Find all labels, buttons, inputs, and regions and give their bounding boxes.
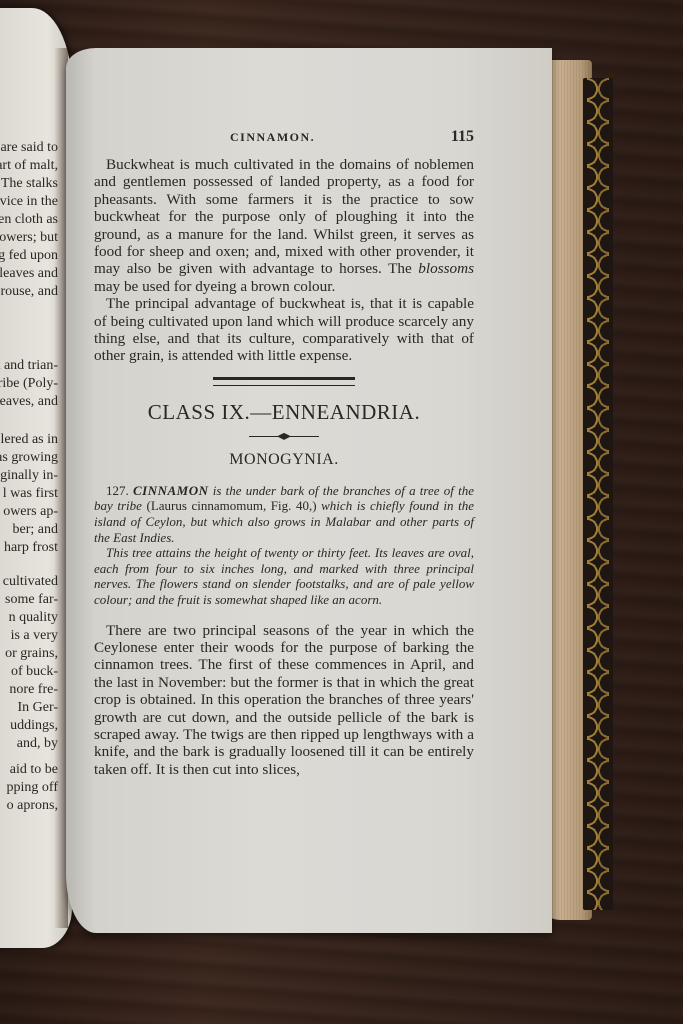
left-page-text-fragment: ervice in the — [0, 194, 58, 210]
paragraph-barking-seasons: There are two principal seasons of the y… — [94, 622, 474, 779]
left-page-text-fragment: or grains, — [5, 646, 58, 662]
left-page-text-fragment: l was first — [3, 486, 58, 502]
left-page-text-fragment: aid to be — [10, 762, 58, 778]
left-page-text-fragment: part of malt, — [0, 158, 58, 174]
left-page-text-fragment: tribe (Poly- — [0, 376, 58, 392]
left-page-text-fragment: g fed upon — [0, 248, 58, 264]
left-page-text-fragment: o aprons, — [7, 798, 58, 814]
left-page-text-fragment: are said to — [0, 140, 58, 156]
left-page-text-fragment: is a very — [11, 628, 58, 644]
left-page-text-fragment: some far- — [5, 592, 58, 608]
paragraph-text: may be used for dyeing a brown colour. — [94, 278, 335, 295]
section-rule — [213, 377, 355, 386]
class-heading: CLASS IX.—ENNEANDRIA. — [94, 400, 474, 425]
italic-term: blossoms — [418, 260, 474, 277]
left-page-text-fragment: cultivated — [3, 574, 58, 590]
entry-name: CINNAMON — [133, 483, 209, 498]
paragraph-buckwheat-uses: Buckwheat is much cultivated in the doma… — [94, 156, 474, 295]
left-page-text-fragment: harp frost — [4, 540, 58, 556]
left-page: are said topart of malt,The stalkservice… — [0, 8, 72, 948]
book-spine — [583, 78, 613, 910]
left-page-text-fragment: and, by — [17, 736, 58, 752]
left-page-text-fragment: e leaves and — [0, 266, 58, 282]
left-page-text-fragment: leaves, and — [0, 394, 58, 410]
right-page-content: CINNAMON. 115 Buckwheat is much cultivat… — [94, 128, 474, 778]
entry-number: 127. — [106, 483, 129, 498]
left-page-text-fragment: ginally in- — [0, 468, 58, 484]
left-page-text-fragment: n quality — [9, 610, 58, 626]
left-page-text-fragment: of buck- — [11, 664, 58, 680]
left-page-text-fragment: as growing — [0, 450, 58, 466]
left-page-text-fragment: en cloth as — [0, 212, 58, 228]
left-page-text-fragment: rouse, and — [0, 284, 58, 300]
left-page-text-fragment: lered as in — [0, 432, 58, 448]
page-number: 115 — [451, 128, 474, 146]
left-page-text-fragment: pping off — [7, 780, 58, 796]
gilt-spine-ornament — [587, 78, 609, 910]
paragraph-buckwheat-advantage: The principal advantage of buckwheat is,… — [94, 295, 474, 365]
tree-description: This tree attains the height of twenty o… — [94, 545, 474, 607]
paragraph-text: Buckwheat is much cultivated in the doma… — [94, 156, 474, 277]
running-head-title: CINNAMON. — [230, 130, 315, 145]
left-page-text-fragment: uddings, — [10, 718, 58, 734]
latin-name: (Laurus cinnamomum, Fig. 40,) — [146, 498, 316, 513]
left-page-text-fragment: nore fre- — [9, 682, 58, 698]
left-page-text-fragment: lowers; but — [0, 230, 58, 246]
running-head: CINNAMON. 115 — [94, 128, 474, 146]
left-page-text-fragment: ber; and — [13, 522, 58, 538]
left-page-text-fragment: The stalks — [1, 176, 58, 192]
order-heading: MONOGYNIA. — [94, 451, 474, 469]
ornament-divider — [249, 433, 319, 441]
left-page-text-fragment: k and trian- — [0, 358, 58, 374]
left-page-text-fragment: In Ger- — [17, 700, 58, 716]
left-page-text-fragment: owers ap- — [3, 504, 58, 520]
cinnamon-description: 127. CINNAMON is the under bark of the b… — [94, 483, 474, 545]
